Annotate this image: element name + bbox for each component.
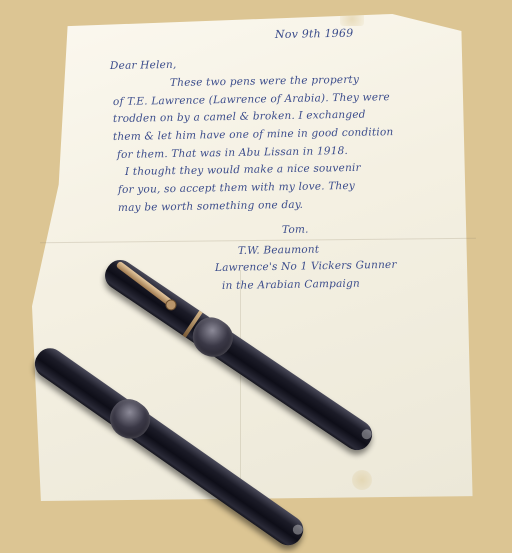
clip-jewel (163, 297, 178, 312)
signature-note: in the Arabian Campaign (222, 278, 360, 292)
letter-date: Nov 9th 1969 (275, 27, 354, 41)
paper-fold-vertical (240, 270, 241, 495)
letter-salutation: Dear Helen, (110, 59, 177, 72)
tape-mark (340, 12, 364, 26)
photo-scene: Nov 9th 1969 Dear Helen, These two pens … (0, 0, 512, 553)
signature-name: T.W. Beaumont (238, 244, 319, 257)
paper-stain (352, 470, 372, 490)
letter-signoff: Tom. (282, 224, 309, 236)
pen-highlight (291, 523, 305, 537)
